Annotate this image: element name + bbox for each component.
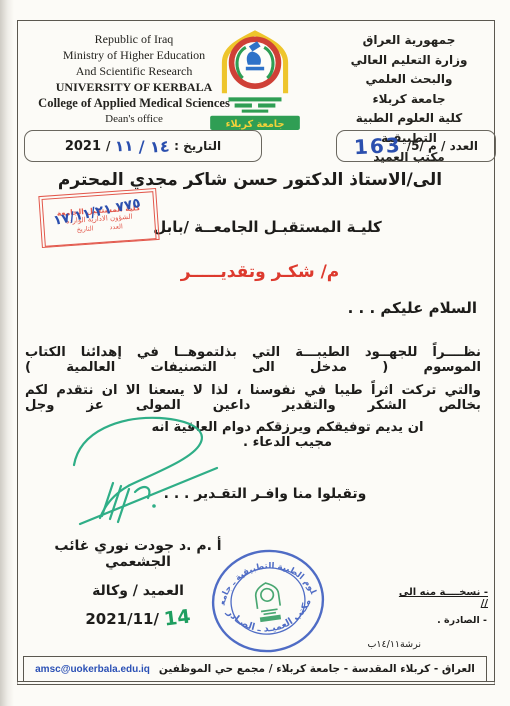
greeting: السلام عليكم . . .	[300, 299, 477, 317]
reference-number-box: العدد / م /5/ 163	[336, 130, 496, 162]
addressee-line: الى/الاستاذ الدكتور حسن شاكر مجدي المحتر…	[30, 170, 470, 190]
copy-to-note: - نسخــــة منه الى //	[393, 587, 488, 609]
signature-date-handwritten: 14	[163, 605, 192, 630]
university-kerbala-emblem-icon: جامعة كربلاء	[204, 26, 306, 132]
body-line: والتي تركت اثراً طيبا في نفوسنا ، لذا لا…	[25, 383, 481, 413]
date-month-handwritten: ١١	[115, 137, 134, 156]
dean-signature-icon	[60, 413, 225, 533]
body-line: نظــــراً للجهــود الطيبـــة التي بذلتمو…	[25, 345, 481, 375]
date-day-handwritten: ١٤	[149, 136, 170, 156]
scan-edge-shadow	[0, 0, 14, 706]
date-label: التاريخ :	[174, 139, 221, 153]
scanned-letter-page: Republic of Iraq Ministry of Higher Educ…	[0, 0, 510, 706]
subject-line: م/ شكـر وتقديـــــر	[110, 262, 410, 282]
date-separator: /	[139, 137, 145, 156]
logo-banner-text: جامعة كربلاء	[226, 119, 285, 130]
header-arabic-line: وزارة التعليم العالي والبحث العلمي	[328, 51, 490, 90]
date-box: التاريخ : ١٤ / ١١ / 2021	[24, 130, 262, 162]
date-separator: /	[106, 139, 110, 153]
typist-reference-note: نرشة١٤/١١ب	[333, 639, 421, 650]
signature-date: 2021/11/ 14	[40, 607, 236, 629]
signature-date-printed: 2021/11/	[85, 610, 159, 628]
number-label: العدد / م /5/	[407, 139, 478, 153]
header-arabic-line: جمهورية العراق	[328, 31, 490, 51]
addressee-institution: كليـة المستقبـل الجامعــة /بابل	[130, 218, 405, 236]
incoming-stamp-line: العدد التاريخ	[76, 222, 123, 233]
issued-note: - الصادرة .	[423, 615, 487, 626]
footer-address: العراق - كربلاء المقدسة - جامعة كربلاء /…	[159, 663, 475, 675]
header-arabic-line: جامعة كربلاء	[328, 90, 490, 110]
number-handwritten: 163	[353, 133, 402, 159]
footer-address-bar: العراق - كربلاء المقدسة - جامعة كربلاء /…	[23, 656, 487, 682]
deans-office-outgoing-stamp: كلية العلوم الطبية التطبيقية ـ جامعة كرب…	[202, 539, 334, 662]
footer-email: amsc@uokerbala.edu.iq	[35, 664, 150, 675]
date-year-printed: 2021	[65, 139, 101, 154]
